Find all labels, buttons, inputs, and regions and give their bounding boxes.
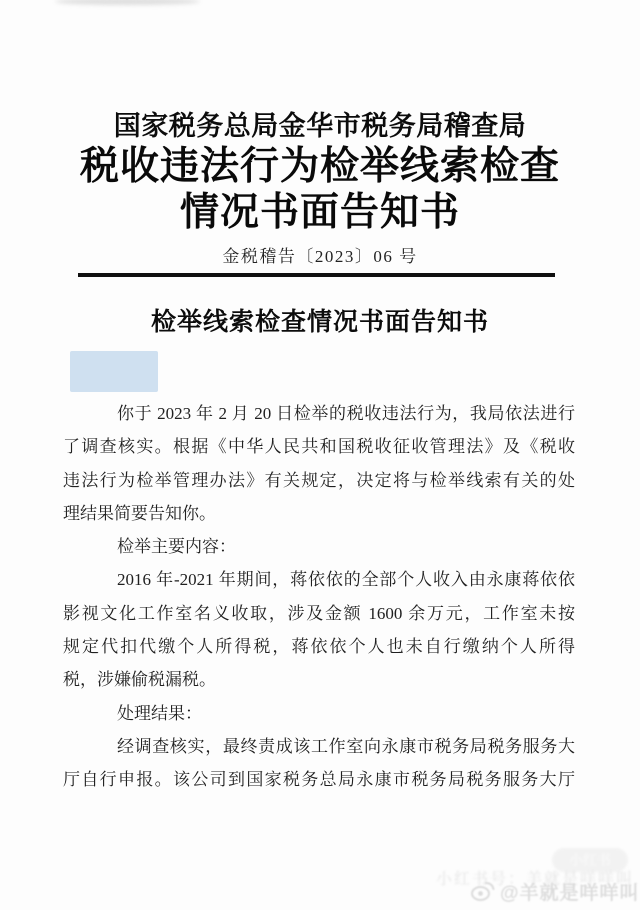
redaction-box bbox=[70, 351, 158, 392]
document-body: 你于 2023 年 2 月 20 日检举的税收违法行为，我局依法进行 了调查核实… bbox=[63, 397, 575, 797]
body-line: 税，涉嫌偷税漏税。 bbox=[63, 663, 575, 696]
body-line: 2016 年-2021 年期间，蒋依依的全部个人收入由永康蒋依依 bbox=[63, 563, 575, 596]
weibo-eye-icon bbox=[470, 880, 496, 902]
body-line: 理结果简要告知你。 bbox=[63, 497, 575, 530]
weibo-handle-text: @羊就是咩咩叫 bbox=[500, 878, 640, 905]
scanned-document-page: 国家税务总局金华市税务局稽查局 税收违法行为检举线索检查 情况书面告知书 金税稽… bbox=[0, 0, 640, 910]
document-title: 税收违法行为检举线索检查 情况书面告知书 bbox=[0, 144, 640, 236]
document-title-line2: 情况书面告知书 bbox=[0, 190, 640, 236]
body-line: 规定代扣代缴个人所得税，蒋依依个人也未自行缴纳个人所得 bbox=[63, 630, 575, 663]
body-line: 影视文化工作室名义收取，涉及金额 1600 余万元，工作室未按 bbox=[63, 597, 575, 630]
body-line: 检举主要内容： bbox=[63, 530, 575, 563]
issuing-agency: 国家税务总局金华市税务局稽查局 bbox=[0, 104, 640, 143]
body-line: 厅自行申报。该公司到国家税务总局永康市税务局税务服务大厅 bbox=[63, 763, 575, 796]
scan-smudge bbox=[55, 0, 200, 5]
body-line: 了调查核实。根据《中华人民共和国税收征收管理法》及《税收 bbox=[63, 430, 575, 463]
section-title: 检举线索检查情况书面告知书 bbox=[0, 302, 640, 338]
body-line: 你于 2023 年 2 月 20 日检举的税收违法行为，我局依法进行 bbox=[63, 397, 575, 430]
document-number: 金税稽告〔2023〕06 号 bbox=[0, 242, 640, 267]
weibo-watermark: @羊就是咩咩叫 bbox=[470, 878, 640, 904]
body-line: 经调查核实，最终责成该工作室向永康市税务局税务服务大 bbox=[63, 730, 575, 763]
body-line: 违法行为检举管理办法》有关规定，决定将与检举线索有关的处 bbox=[63, 464, 575, 497]
body-line: 处理结果： bbox=[63, 697, 575, 730]
document-title-line1: 税收违法行为检举线索检查 bbox=[0, 144, 640, 190]
header-divider-rule bbox=[78, 273, 555, 277]
